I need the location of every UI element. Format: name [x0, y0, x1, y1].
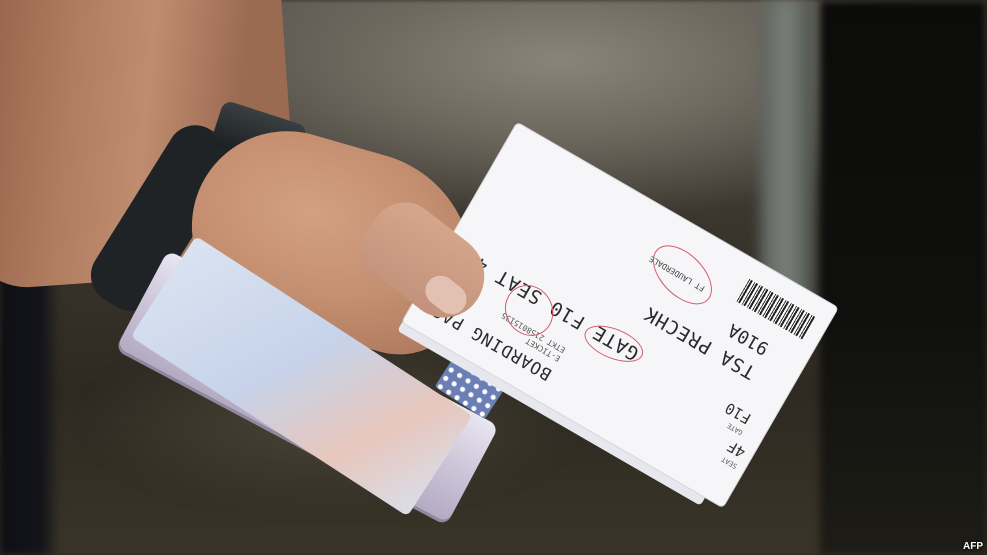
background-dark-sleeve — [0, 250, 60, 555]
gate-value: F10 — [722, 399, 754, 428]
background-dark-figure — [820, 0, 987, 555]
pen-circle-gate — [579, 318, 648, 369]
photo-scene: BOARDING PASS E-TICKET ETKT 2158015135 G… — [0, 0, 987, 555]
agency-watermark: AFP — [963, 541, 983, 552]
